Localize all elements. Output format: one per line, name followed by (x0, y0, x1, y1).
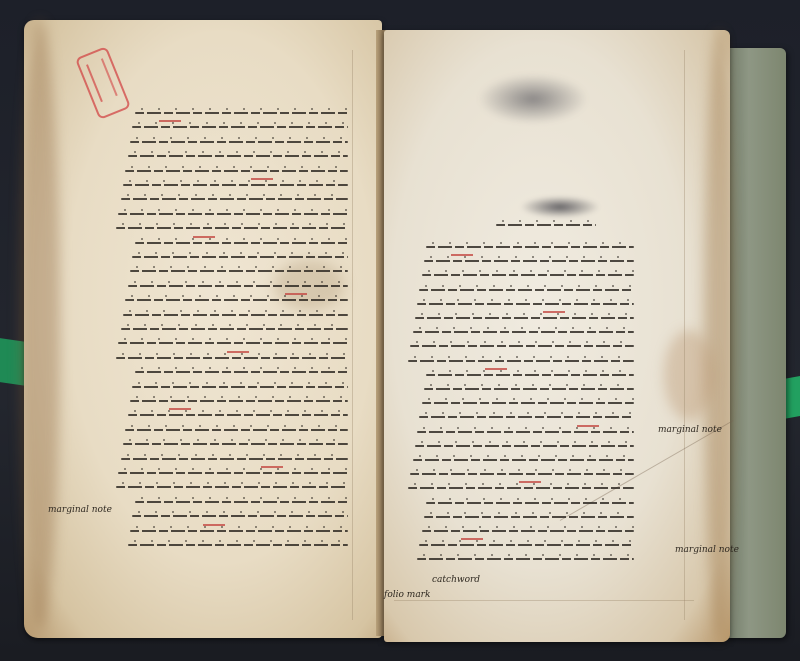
manuscript-text-line (422, 530, 634, 532)
manuscript-text-line (118, 472, 348, 474)
manuscript-text-line (130, 530, 348, 532)
manuscript-text-line (132, 515, 348, 517)
manuscript-text-line (135, 371, 348, 373)
manuscript-text-line (123, 443, 348, 445)
manuscript-text-line (424, 516, 634, 518)
left-margin-note: marginal note (48, 505, 112, 515)
manuscript-text-line (135, 242, 348, 244)
right-margin-note: marginal note (675, 545, 739, 555)
rubric-overline (543, 311, 565, 313)
manuscript-text-line (118, 342, 348, 344)
rubric-overline (251, 178, 273, 180)
manuscript-text-line (415, 445, 634, 447)
manuscript-text-line (410, 473, 634, 475)
manuscript-text-line (413, 331, 634, 333)
left-page-text-block (116, 106, 348, 556)
catchword: catchword (432, 575, 480, 585)
manuscript-text-line (408, 487, 634, 489)
manuscript-text-line (422, 402, 634, 404)
rubric-overline (159, 120, 181, 122)
manuscript-text-line (422, 274, 634, 276)
manuscript-text-line (419, 416, 634, 418)
manuscript-text-line (426, 502, 634, 504)
manuscript-text-line (116, 227, 348, 229)
manuscript-text-line (121, 458, 348, 460)
manuscript-text-line (125, 170, 348, 172)
water-stain (664, 330, 714, 420)
rubric-overline (203, 524, 225, 526)
bottom-rule (394, 600, 694, 601)
rubric-overline (169, 408, 191, 410)
manuscript-text-line (128, 414, 348, 416)
manuscript-text-line (123, 314, 348, 316)
rubric-overline (485, 368, 507, 370)
manuscript-text-line (121, 198, 348, 200)
rubric-overline (451, 254, 473, 256)
manuscript-text-line (419, 544, 634, 546)
manuscript-text-line (125, 429, 348, 431)
manuscript-text-line (128, 285, 348, 287)
manuscript-text-line (426, 374, 634, 376)
rubric-overline (193, 236, 215, 238)
manuscript-text-line (128, 155, 348, 157)
rubric-overline (285, 293, 307, 295)
manuscript-text-line (424, 388, 634, 390)
folio-mark: folio mark (384, 590, 430, 600)
edge-stain (20, 20, 60, 630)
manuscript-text-line (132, 126, 348, 128)
manuscript-text-line (415, 317, 634, 319)
rubric-overline (227, 351, 249, 353)
manuscript-text-line (417, 431, 634, 433)
manuscript-text-line (128, 544, 348, 546)
manuscript-text-line (130, 400, 348, 402)
margin-rule (684, 50, 685, 620)
manuscript-text-line (132, 386, 348, 388)
ink-smudge (478, 74, 588, 124)
manuscript-text-line (130, 270, 348, 272)
rubric-overline (261, 466, 283, 468)
manuscript-text-line (116, 486, 348, 488)
manuscript-text-line (135, 501, 348, 503)
manuscript-text-line (135, 112, 348, 114)
manuscript-text-line (130, 141, 348, 143)
rubric-overline (577, 425, 599, 427)
manuscript-text-line (125, 299, 348, 301)
margin-rule (352, 50, 353, 620)
right-page-text-block (408, 240, 634, 570)
manuscript-text-line (408, 360, 634, 362)
rubric-overline (519, 481, 541, 483)
right-margin-note: marginal note (658, 425, 722, 435)
right-page-heading (496, 224, 596, 228)
manuscript-text-line (123, 184, 348, 186)
manuscript-text-line (121, 328, 348, 330)
manuscript-text-line (413, 459, 634, 461)
manuscript-text-line (410, 345, 634, 347)
manuscript-text-line (132, 256, 348, 258)
manuscript-text-line (417, 558, 634, 560)
manuscript-text-line (424, 260, 634, 262)
manuscript-text-line (417, 303, 634, 305)
manuscript-text-line (116, 357, 348, 359)
rubric-overline (461, 538, 483, 540)
manuscript-text-line (118, 213, 348, 215)
manuscript-text-line (426, 246, 634, 248)
ink-smudge (520, 196, 600, 218)
manuscript-text-line (419, 289, 634, 291)
